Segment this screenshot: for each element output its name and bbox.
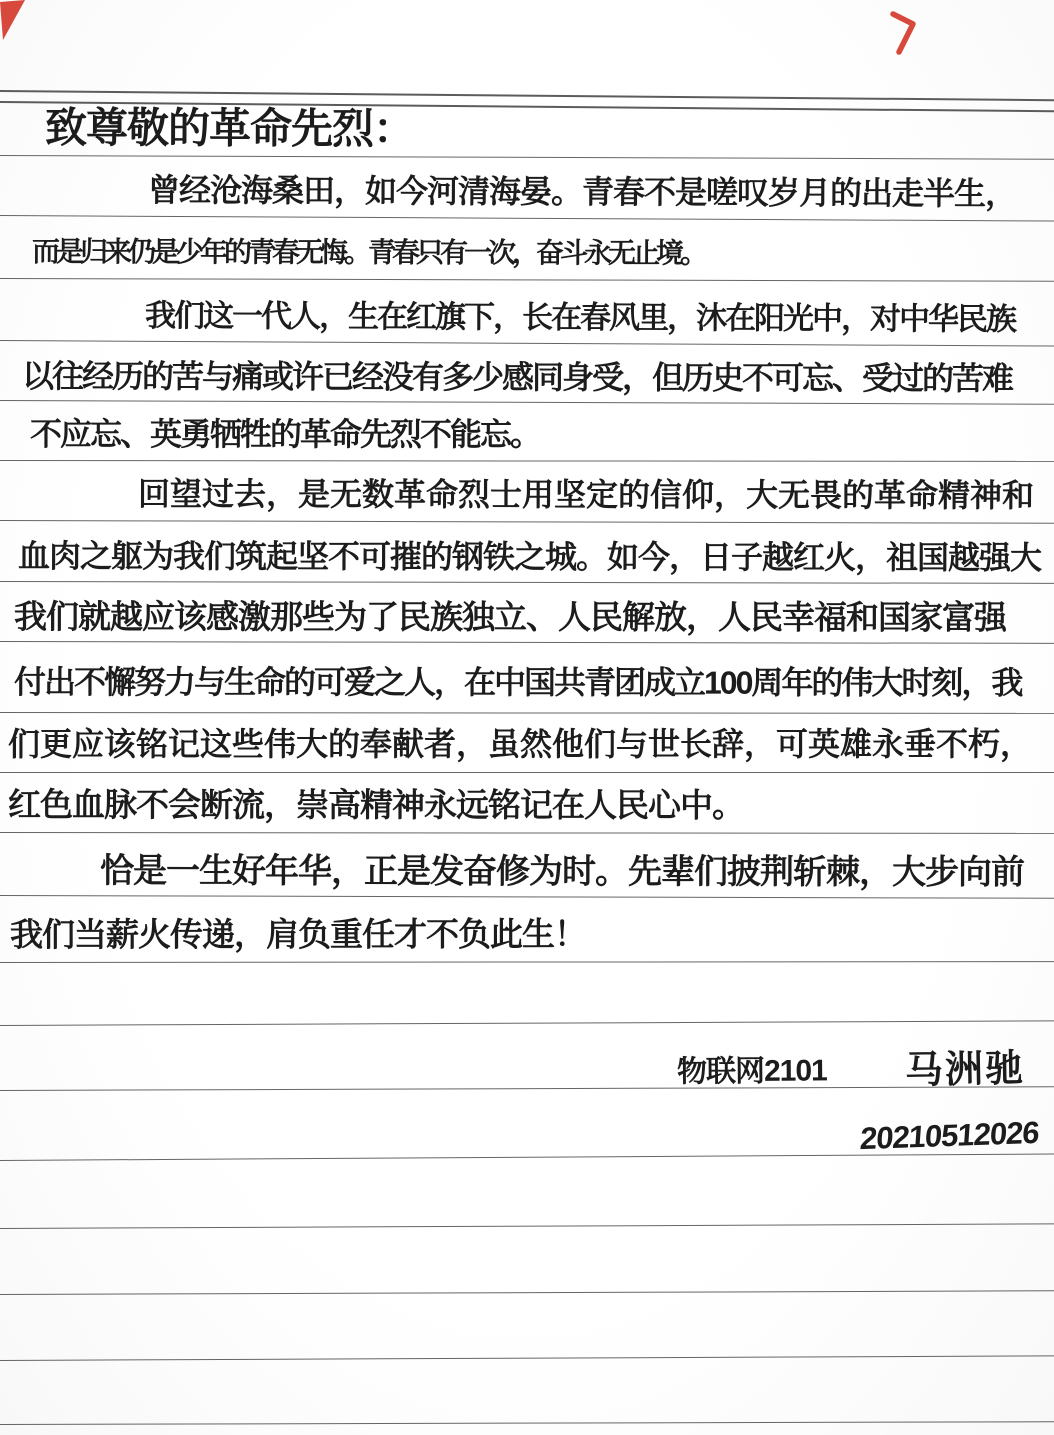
ruled-line bbox=[0, 340, 1054, 347]
body-line: 我们就越应该感激那些为了民族独立、人民解放，人民幸福和国家富强 bbox=[14, 598, 1006, 637]
ruled-line bbox=[0, 961, 1054, 963]
ruled-line bbox=[0, 1421, 1054, 1425]
ruled-line bbox=[0, 641, 1054, 644]
letter-page: 致尊敬的革命先烈： 曾经沧海桑田，如今河清海晏。青春不是嗟叹岁月的出走半生， 而… bbox=[0, 0, 1054, 1435]
salutation: 致尊敬的革命先烈： bbox=[45, 104, 414, 154]
ruled-line bbox=[0, 1355, 1054, 1361]
ruled-line bbox=[0, 772, 1054, 773]
body-line: 付出不懈努力与生命的可爱之人，在中国共青团成立100周年的伟大时刻，我 bbox=[14, 664, 1021, 702]
ruled-line bbox=[0, 1290, 1054, 1295]
ruled-line bbox=[0, 400, 1054, 405]
ruled-line bbox=[0, 1086, 1054, 1091]
ruled-line bbox=[0, 895, 1054, 899]
ruled-line bbox=[0, 712, 1054, 714]
body-line: 回望过去，是无数革命烈士用坚定的信仰，大无畏的革命精神和 bbox=[138, 476, 1034, 514]
signoff-author: 马洲驰 bbox=[905, 1037, 1026, 1094]
signoff-class: 物联网2101 bbox=[677, 1045, 827, 1090]
body-line: 红色血脉不会断流，崇高精神永远铭记在人民心中。 bbox=[8, 786, 744, 825]
ruled-line bbox=[0, 832, 1054, 834]
red-pen-corner-mark-icon bbox=[0, 0, 40, 50]
body-line: 血肉之躯为我们筑起坚不可摧的钢铁之城。如今，日子越红火，祖国越强大 bbox=[18, 538, 1041, 577]
body-line: 我们当薪火传递，肩负重任才不负此生！ bbox=[10, 915, 586, 953]
body-line: 恰是一生好年华，正是发奋修为时。先辈们披荆斩棘，大步向前 bbox=[100, 852, 1024, 893]
ruled-line bbox=[0, 215, 1054, 222]
signoff-student-id: 20210512026 bbox=[859, 1115, 1040, 1157]
ruled-line bbox=[0, 1223, 1054, 1229]
body-line: 不应忘、英勇牺牲的革命先烈不能忘。 bbox=[30, 416, 540, 453]
ruled-line bbox=[0, 460, 1054, 462]
body-line: 我们这一代人，生在红旗下，长在春风里，沐在阳光中，对中华民族 bbox=[145, 298, 1015, 337]
ruled-line bbox=[0, 155, 1054, 160]
ruled-line bbox=[0, 90, 1054, 101]
ruled-line bbox=[0, 581, 1054, 584]
ruled-line bbox=[0, 1020, 1054, 1026]
body-line: 而是归来仍是少年的青春无悔。青春只有一次，奋斗永无止境。 bbox=[32, 236, 704, 270]
red-pen-tick-mark-icon bbox=[885, 4, 930, 59]
ruled-line bbox=[0, 278, 1054, 282]
body-line: 曾经沧海桑田，如今河清海晏。青春不是嗟叹岁月的出走半生， bbox=[148, 172, 1016, 213]
body-line: 以往经历的苦与痛或许已经没有多少感同身受，但历史不可忘、受过的苦难 bbox=[22, 358, 1012, 397]
body-line: 们更应该铭记这些伟大的奉献者，虽然他们与世长辞，可英雄永垂不朽， bbox=[8, 726, 1032, 763]
ruled-line bbox=[0, 520, 1054, 524]
